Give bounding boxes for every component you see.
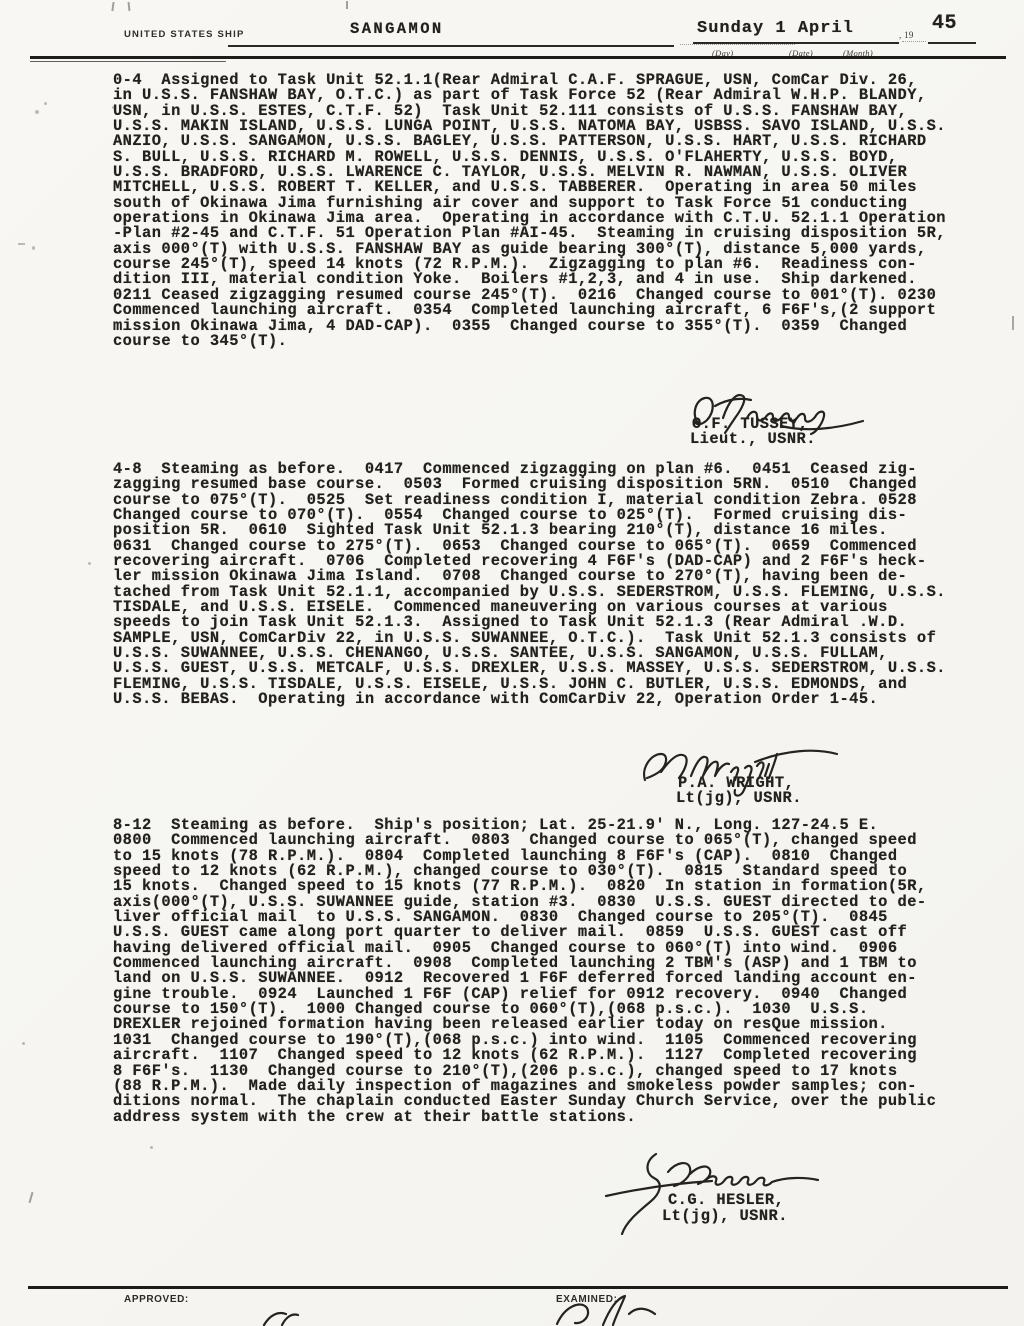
scan-speck [22, 1042, 25, 1045]
date-underline [693, 42, 899, 44]
scan-speck [112, 106, 115, 109]
approved-partial-signature-icon [248, 1305, 318, 1326]
wright-typed-rank: Lt(jg), USNR. [676, 791, 802, 806]
ship-name-underline [228, 45, 674, 47]
footer-rule [28, 1286, 1008, 1289]
scan-speck [44, 102, 47, 105]
year-value: 45 [932, 16, 957, 31]
scan-artifact [111, 2, 114, 11]
log-entry-4-8: 4-8 Steaming as before. 0417 Commenced z… [113, 462, 946, 708]
scan-artifact [346, 1, 348, 9]
approved-label: APPROVED: [124, 1294, 189, 1305]
scan-speck [35, 110, 39, 114]
scan-speck [150, 1146, 153, 1149]
year-prefix: , 19 [899, 30, 914, 40]
scan-speck [18, 243, 25, 245]
scan-artifact [128, 2, 131, 11]
log-entry-0-4: 0-4 Assigned to Task Unit 52.1.1(Rear Ad… [113, 73, 946, 349]
hesler-typed-rank: Lt(jg), USNR. [662, 1209, 788, 1224]
scan-artifact [1012, 316, 1014, 330]
scan-artifact [29, 1192, 34, 1203]
log-date: Sunday 1 April [697, 21, 854, 36]
scan-speck [32, 246, 35, 250]
ship-name: SANGAMON [350, 22, 444, 37]
header-rule [30, 56, 1006, 59]
header-rule-echo [30, 61, 226, 62]
date-dotted-line [902, 41, 926, 42]
tussey-typed-rank: Lieut., USNR. [690, 432, 816, 447]
ship-name-dotted-line [680, 44, 795, 45]
ship-field-label: UNITED STATES SHIP [124, 29, 244, 40]
year-underline [928, 42, 976, 44]
examined-partial-signature-icon [545, 1292, 715, 1326]
deck-log-page: UNITED STATES SHIP SANGAMON Sunday 1 Apr… [0, 0, 1024, 1326]
scan-speck [88, 562, 91, 565]
log-entry-8-12: 8-12 Steaming as before. Ship's position… [113, 818, 936, 1125]
